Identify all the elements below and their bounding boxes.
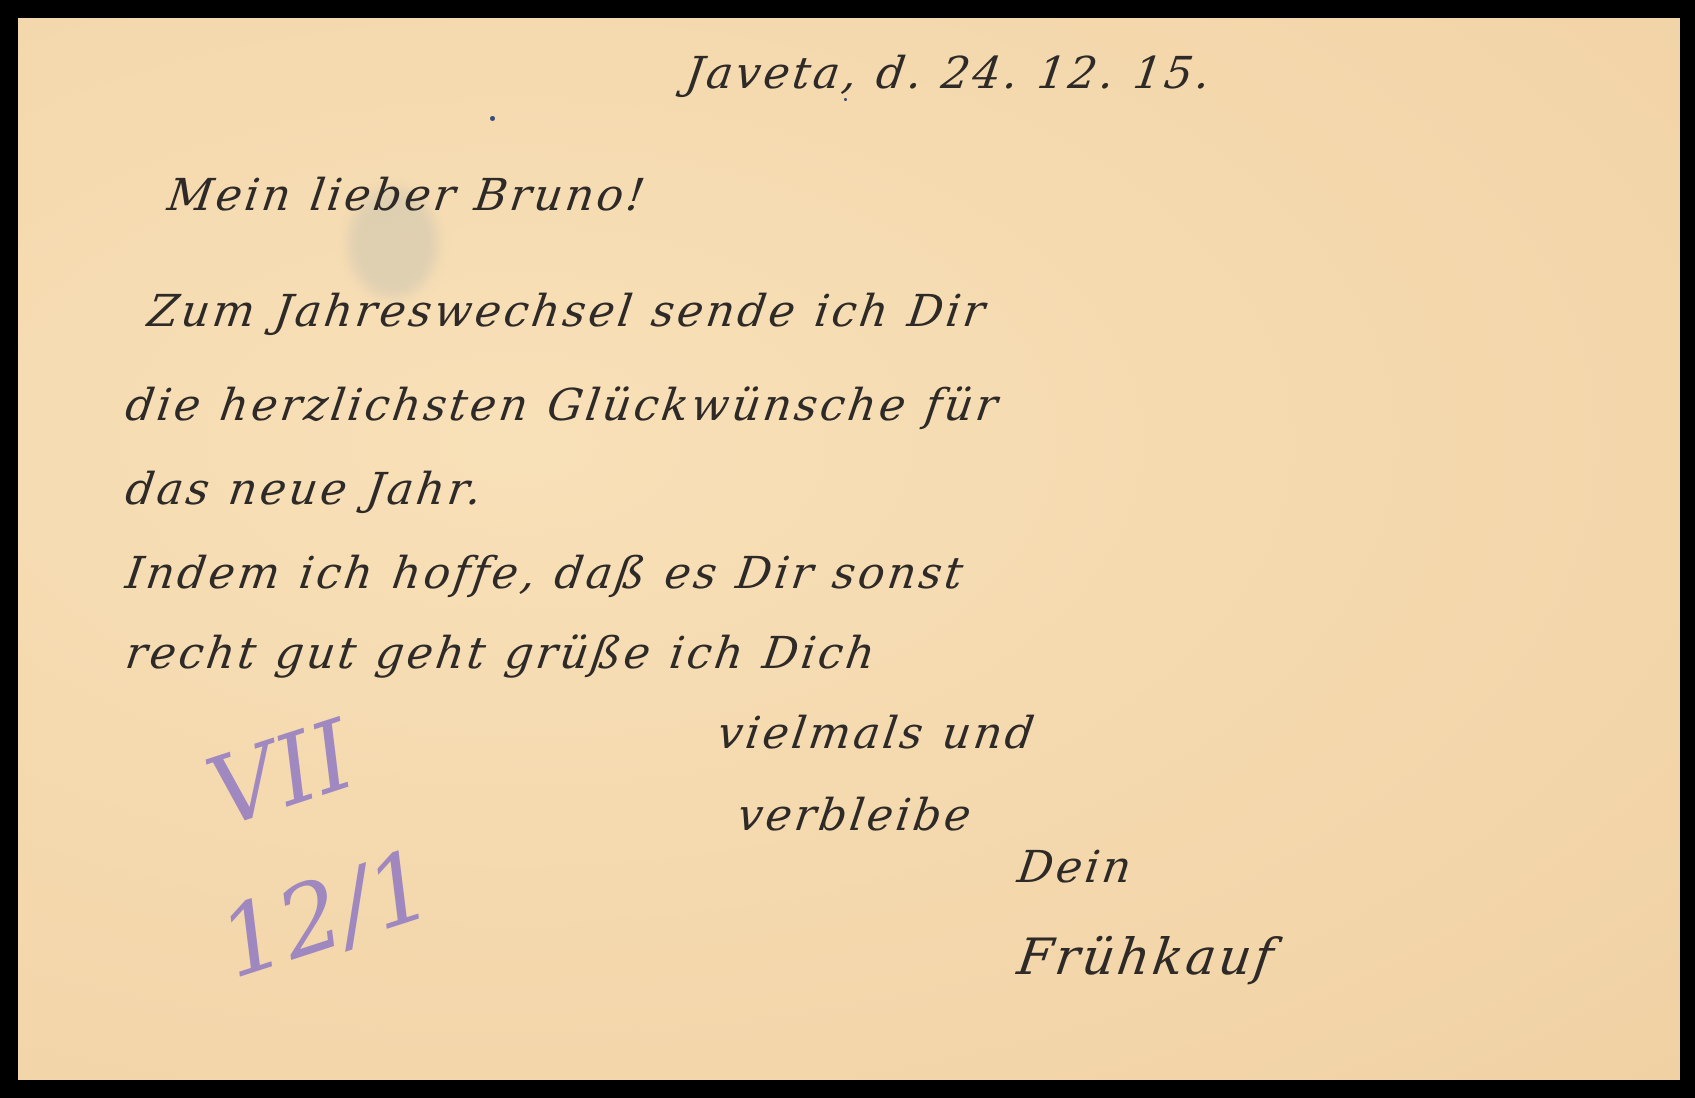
signature: Frühkauf [1014,928,1280,986]
body-line-4: Indem ich hoffe, daß es Dir sonst [122,548,969,599]
pencil-annotation-bottom: 12/1 [206,827,446,1000]
body-line-3: das neue Jahr. [122,464,487,515]
pencil-annotation-top: VII [194,698,367,849]
body-line-8: Dein [1014,842,1137,893]
body-line-1: Zum Jahreswechsel sende ich Dir [144,286,991,337]
body-line-5: recht gut geht grüße ich Dich [122,628,881,679]
body-line-2: die herzlichsten Glückwünsche für [122,380,1003,431]
body-line-6: vielmals und [714,708,1040,759]
ink-dot [490,116,495,121]
place-date: Javeta, d. 24. 12. 15. [682,48,1216,99]
salutation: Mein lieber Bruno! [164,170,650,221]
body-line-7: verbleibe [734,790,977,841]
postcard: Javeta, d. 24. 12. 15. Mein lieber Bruno… [18,18,1680,1080]
